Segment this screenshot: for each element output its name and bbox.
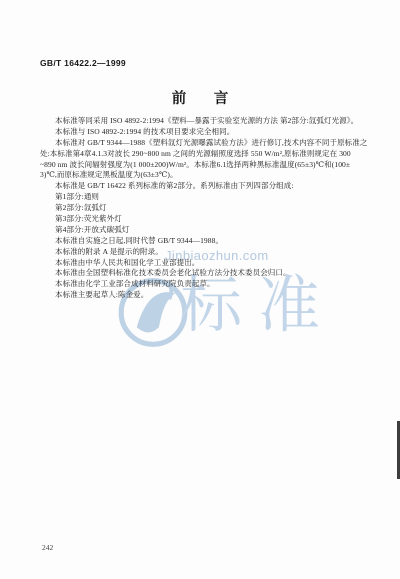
body-line: 本标准由化学工业部合成材料研究院负责起草。 — [40, 279, 374, 290]
body-line: 本标准是 GB/T 16422 系列标准的第2部分。系列标准由下列四部分组成: — [40, 181, 374, 192]
body-line: 本标准对 GB/T 9344—1988《塑料氙灯光源曝露试验方法》进行修订,技术… — [40, 138, 374, 149]
body-line: 第2部分:氙弧灯 — [40, 203, 374, 214]
body-line: 本标准与 ISO 4892-2:1994 的技术项目要求完全相同。 — [40, 127, 374, 138]
body-line: 本标准由中华人民共和国化学工业部提出。 — [40, 258, 374, 269]
body-line: 本标准自实施之日起,同时代替 GB/T 9344—1988。 — [40, 236, 374, 247]
body-line: ~890 nm 波长间辐射强度为(1 000±200)W/m²。本标准6.1选择… — [40, 160, 374, 171]
body-line: 本标准的附录 A 是提示的附录。 — [40, 247, 374, 258]
body-line: 本标准主要起草人:陈金爱。 — [40, 290, 374, 301]
scanned-document-page: Jinbiaozhun.com 标准 GB/T 16422.2—1999 前 言… — [0, 0, 400, 579]
foreword-body: 本标准等同采用 ISO 4892-2:1994《塑料—暴露于实验室光源的方法 第… — [40, 116, 374, 301]
body-line: 第4部分:开放式碳弧灯 — [40, 225, 374, 236]
body-line: 3)℃,而原标准规定黑板温度为(63±3℃)。 — [40, 170, 374, 181]
body-line: 本标准由全国塑料标准化技术委员会老化试验方法分技术委员会归口。 — [40, 268, 374, 279]
body-line: 本标准等同采用 ISO 4892-2:1994《塑料—暴露于实验室光源的方法 第… — [40, 116, 374, 127]
body-line: 第1部分:通则 — [40, 192, 374, 203]
body-line: 第3部分:荧光紫外灯 — [40, 214, 374, 225]
body-line: 处:本标准第4章4.1.3对波长 290~800 nm 之间的光源辐照度选择 5… — [40, 149, 374, 160]
